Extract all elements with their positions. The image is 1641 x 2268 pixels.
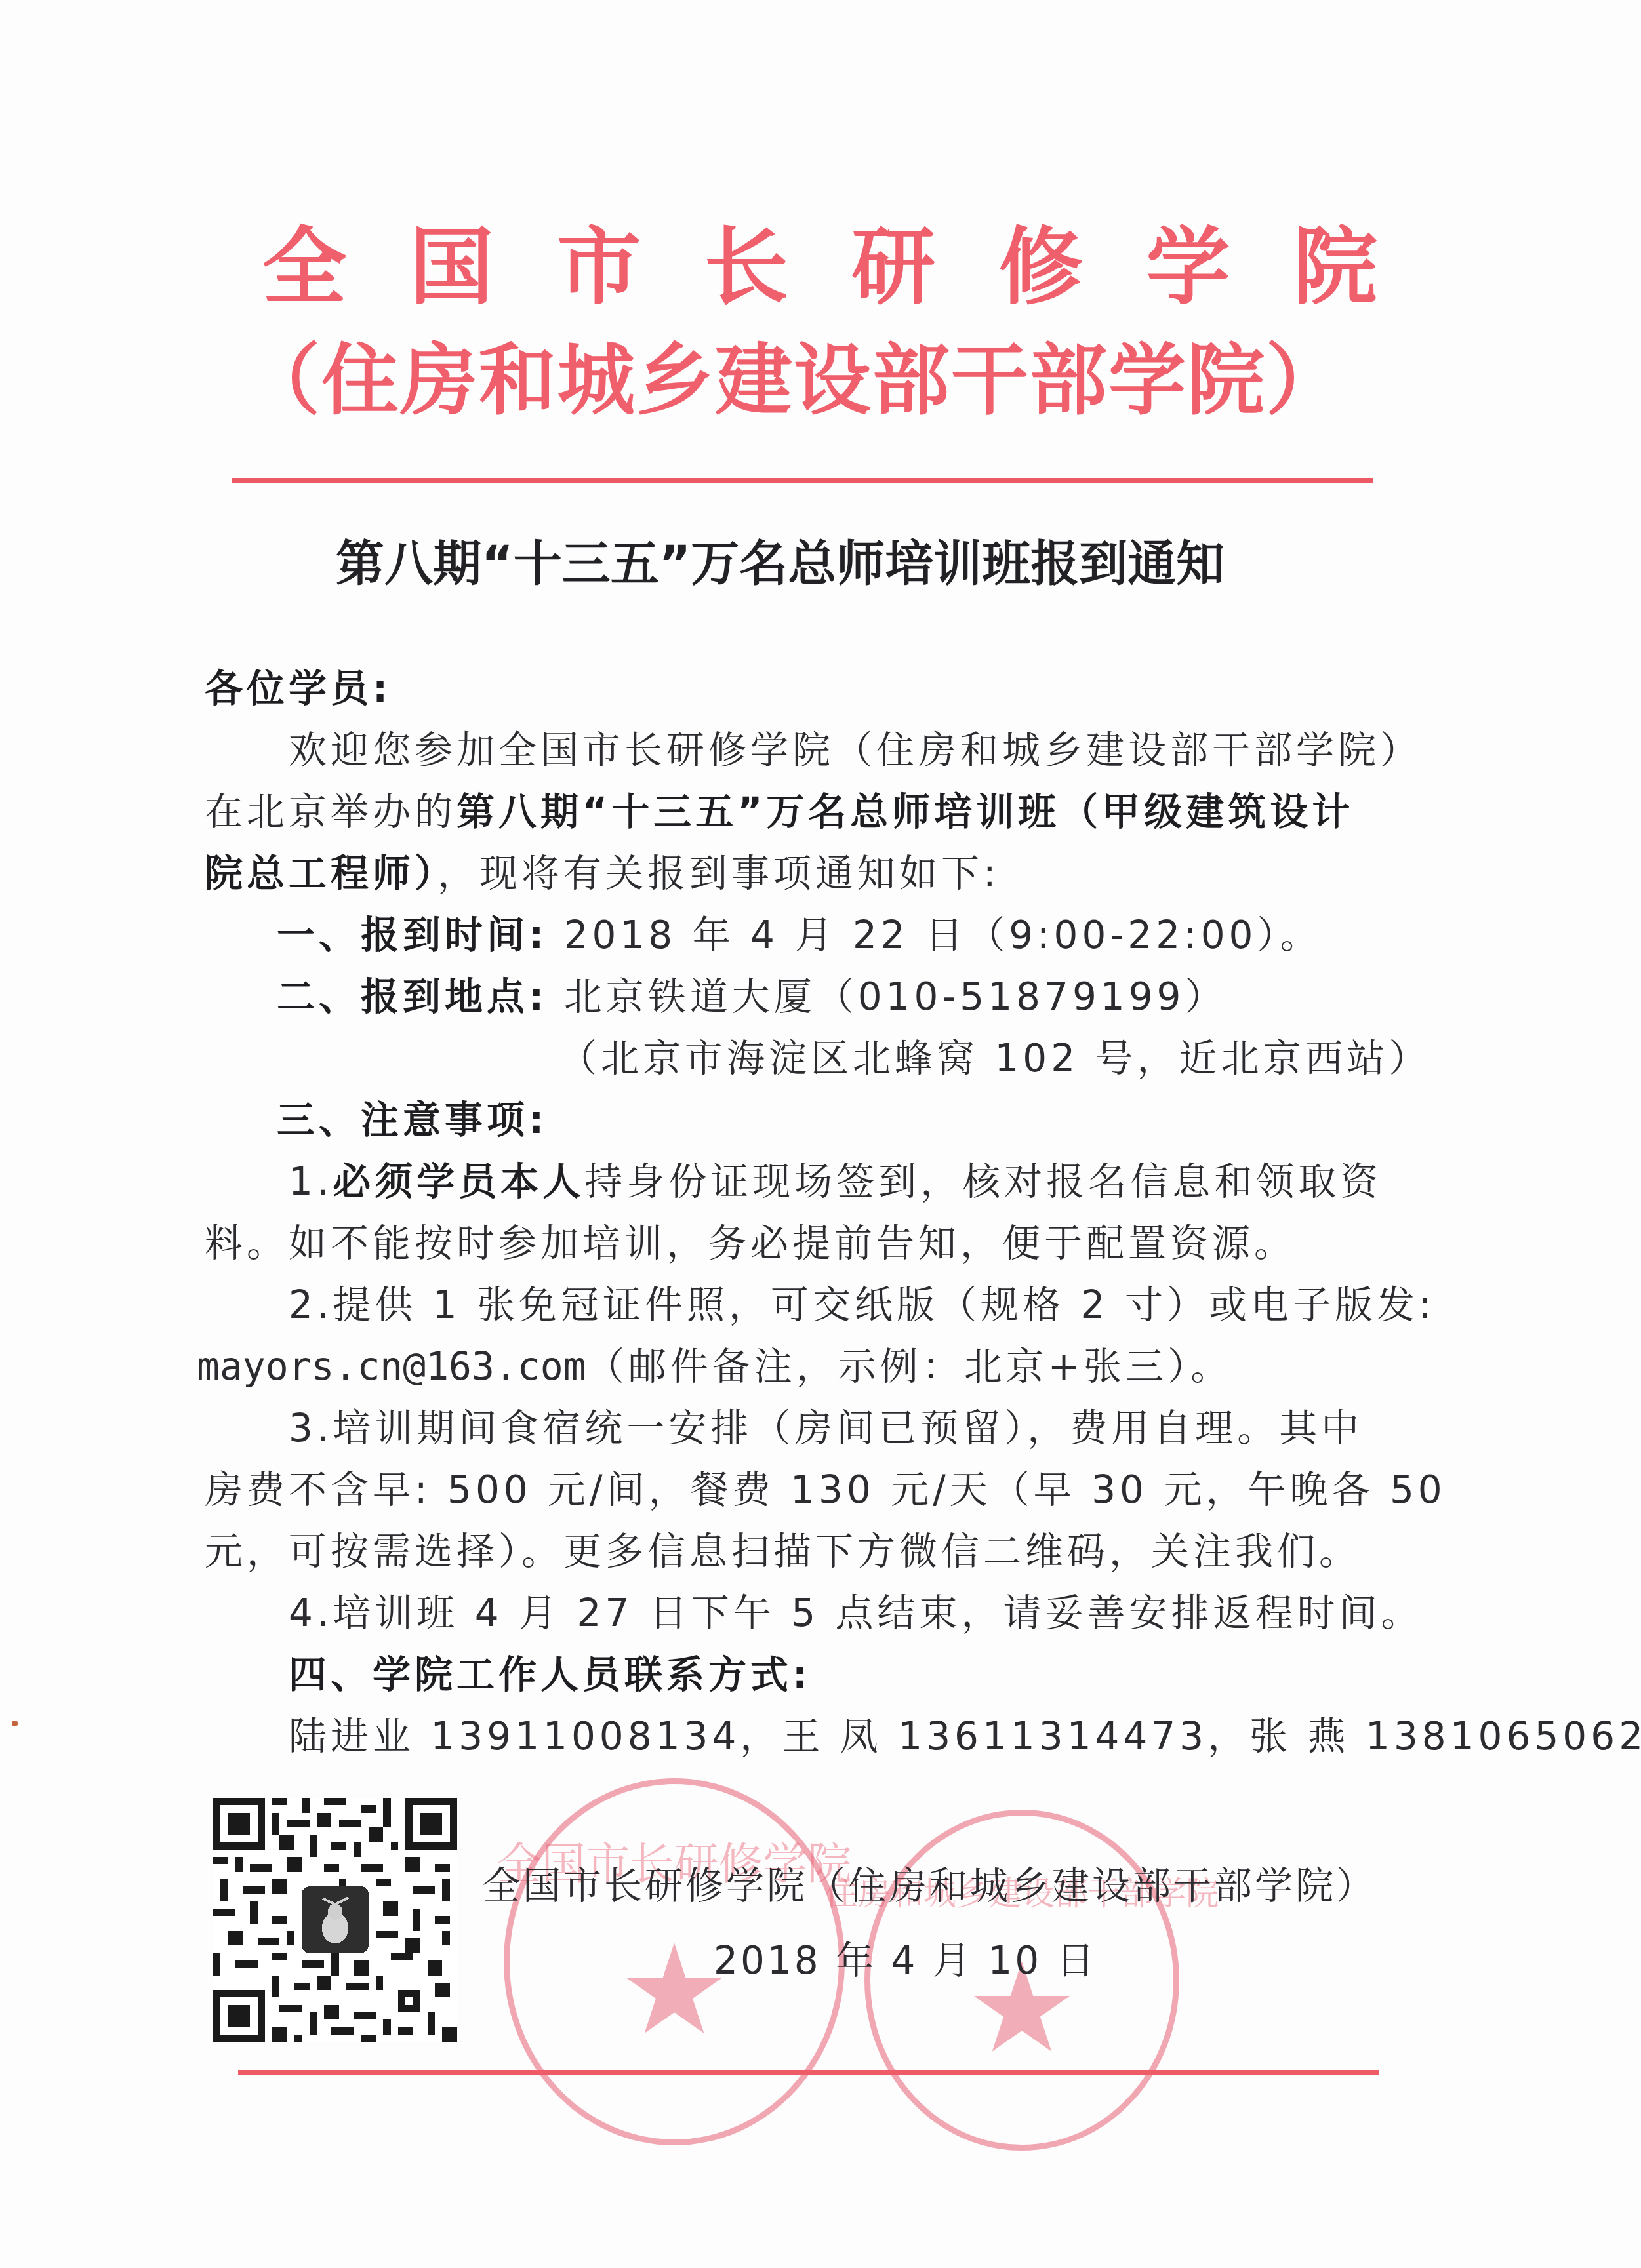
section-1-label: 一、报到时间: (277, 913, 548, 957)
note-1-emphasis: 必须学员本人 (333, 1159, 584, 1204)
letterhead-char: 全 (262, 222, 346, 313)
note-text: 培训期间食宿统一安排（房间已预留），费用自理。其中 (333, 1406, 1363, 1450)
letterhead-title: 全 国 市 长 研 修 学 院 (262, 222, 1377, 313)
course-name: 第八期“十三五”万名总师培训班（甲级建筑设计 (456, 789, 1354, 834)
note-number: 4. (289, 1591, 333, 1635)
intro-text: ，现将有关报到事项通知如下: (437, 851, 1000, 896)
section-2-value: 北京铁道大厦（010-51879199） (564, 974, 1227, 1019)
letterhead-char: 学 (1146, 222, 1230, 313)
note-text: 提供 1 张免冠证件照，可交纸版（规格 2 寸）或电子版发: (333, 1283, 1435, 1327)
note-text: 持身份证现场签到，核对报名信息和领取资 (584, 1159, 1382, 1204)
course-name-cont: 院总工程师） (205, 851, 437, 896)
letterhead-divider (232, 478, 1373, 483)
note-number: 1. (289, 1159, 333, 1204)
qr-code-icon (213, 1798, 457, 2042)
letterhead-char: 修 (999, 222, 1083, 313)
note-2-line-1: 2.提供 1 张免冠证件照，可交纸版（规格 2 寸）或电子版发: (289, 1279, 1435, 1331)
note-3-line-1: 3.培训期间食宿统一安排（房间已预留），费用自理。其中 (289, 1402, 1363, 1454)
note-1-line-1: 1.必须学员本人持身份证现场签到，核对报名信息和领取资 (289, 1155, 1382, 1208)
note-3-line-3: 元，可按需选择）。更多信息扫描下方微信二维码，关注我们。 (205, 1525, 1361, 1578)
note-number: 3. (289, 1406, 333, 1450)
intro-line-3: 院总工程师），现将有关报到事项通知如下: (205, 847, 1000, 900)
contacts-line: 陆进业 13911008134，王 凤 13611314473，张 燕 1381… (289, 1710, 1641, 1762)
section-2-label: 二、报到地点: (277, 974, 548, 1019)
signature-org: 全国市长研修学院（住房和城乡建设部干部学院） (482, 1860, 1377, 1912)
intro-text: 在北京举办的 (205, 789, 456, 834)
section-4-label: 四、学院工作人员联系方式: (289, 1648, 811, 1701)
note-text: 培训班 4 月 27 日下午 5 点结束，请妥善安排返程时间。 (333, 1591, 1423, 1635)
note-3-line-2: 房费不含早: 500 元/间，餐费 130 元/天（早 30 元，午晚各 50 (205, 1463, 1446, 1516)
note-1-line-2: 料。如不能按时参加培训，务必提前告知，便于配置资源。 (205, 1217, 1296, 1269)
email-link[interactable]: mayors.cn@163.com (197, 1344, 586, 1389)
section-1: 一、报到时间: 2018 年 4 月 22 日（9:00-22:00）。 (277, 909, 1322, 961)
letterhead-char: 国 (410, 222, 494, 313)
letterhead-subtitle: （住房和城乡建设部干部学院） (243, 334, 1384, 426)
section-1-value: 2018 年 4 月 22 日（9:00-22:00）。 (564, 913, 1322, 957)
letterhead-char: 研 (851, 222, 935, 313)
note-2-line-2: mayors.cn@163.com（邮件备注，示例：北京+张三）。 (197, 1340, 1232, 1393)
note-text: （邮件备注，示例：北京+张三）。 (586, 1344, 1233, 1389)
section-3-label: 三、注意事项: (277, 1094, 548, 1146)
notice-title: 第八期“十三五”万名总师培训班报到通知 (336, 532, 1225, 595)
note-4-line-1: 4.培训班 4 月 27 日下午 5 点结束，请妥善安排返程时间。 (289, 1587, 1423, 1639)
letterhead-char: 院 (1293, 222, 1377, 313)
intro-line-2: 在北京举办的第八期“十三五”万名总师培训班（甲级建筑设计 (205, 786, 1354, 838)
footer-divider (238, 2070, 1379, 2075)
note-number: 2. (289, 1283, 333, 1327)
section-2-address: （北京市海淀区北蜂窝 102 号，近北京西站） (559, 1032, 1431, 1084)
letterhead-char: 长 (704, 222, 788, 313)
scan-artifact (12, 1721, 18, 1726)
signature-date: 2018 年 4 月 10 日 (714, 1934, 1097, 1987)
salutation: 各位学员: (205, 662, 392, 715)
intro-line-1: 欢迎您参加全国市长研修学院（住房和城乡建设部干部学院） (289, 724, 1422, 776)
wechat-qr-code[interactable] (213, 1798, 457, 2042)
section-2: 二、报到地点: 北京铁道大厦（010-51879199） (277, 970, 1227, 1023)
letterhead-char: 市 (557, 222, 641, 313)
